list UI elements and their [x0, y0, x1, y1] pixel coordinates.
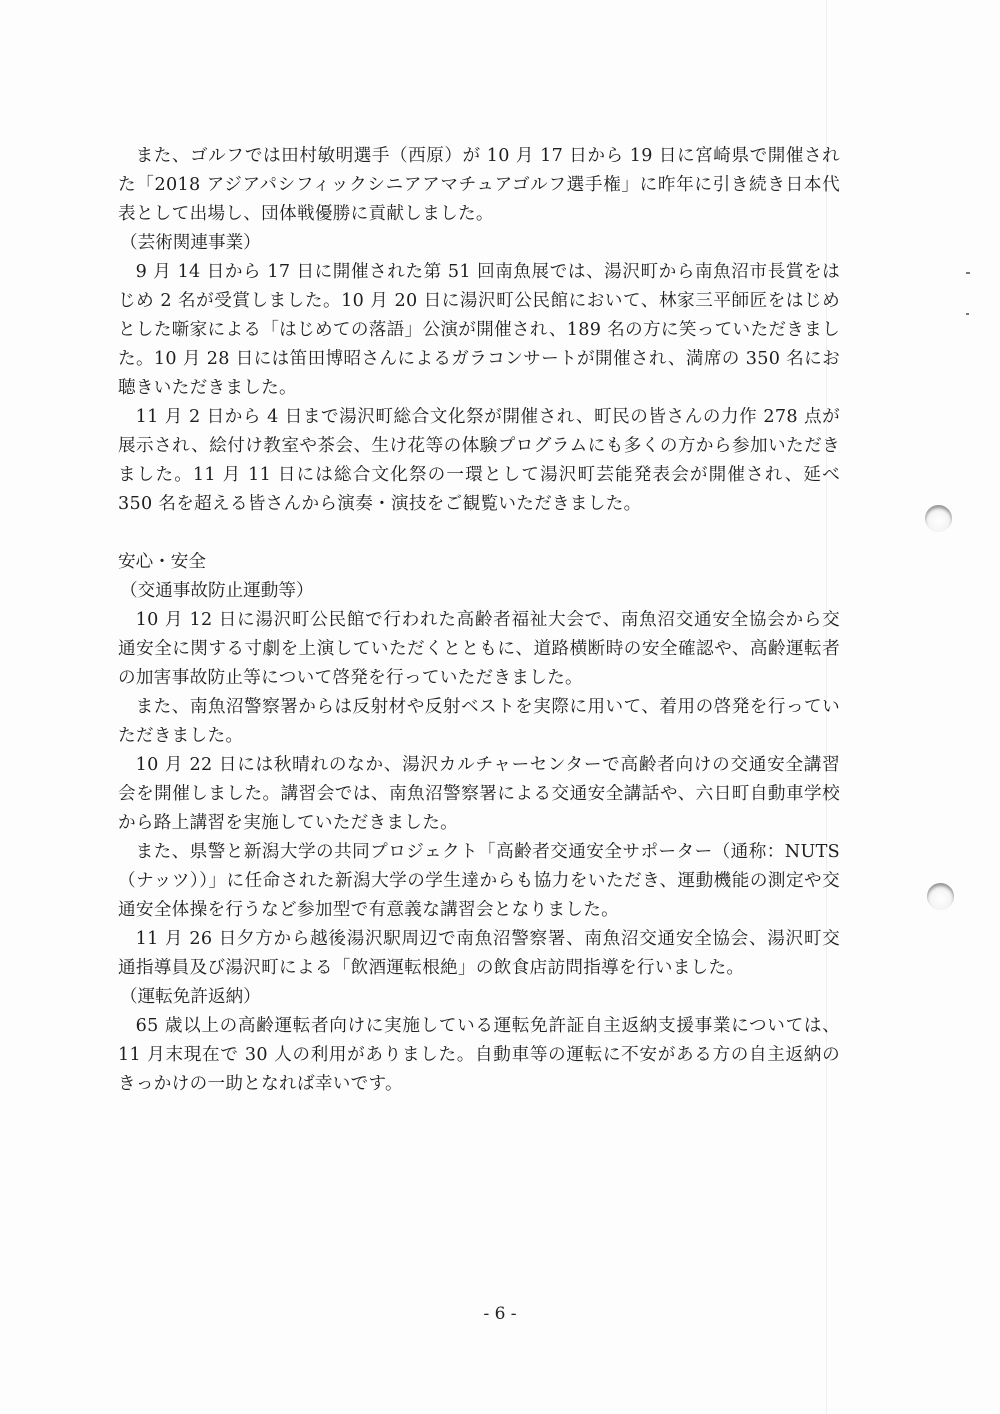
traffic-safety-subheading: （交通事故防止運動等） — [118, 577, 840, 606]
license-return-paragraph: 65 歳以上の高齢運転者向けに実施している運転免許証自主返納支援事業については、… — [118, 1012, 840, 1099]
elderly-welfare-paragraph: 10 月 12 日に湯沢町公民館で行われた高齢者福祉大会で、南魚沼交通安全協会か… — [118, 606, 840, 693]
nangyo-exhibition-paragraph: 9 月 14 日から 17 日に開催された第 51 回南魚展では、湯沢町から南魚… — [118, 258, 840, 403]
arts-subheading: （芸術関連事業） — [118, 229, 840, 258]
golf-paragraph: また、ゴルフでは田村敏明選手（西原）が 10 月 17 日から 19 日に宮崎県… — [118, 142, 840, 229]
document-body: また、ゴルフでは田村敏明選手（西原）が 10 月 17 日から 19 日に宮崎県… — [118, 142, 840, 1099]
safety-seminar-paragraph: 10 月 22 日には秋晴れのなか、湯沢カルチャーセンターで高齢者向けの交通安全… — [118, 751, 840, 838]
section-gap — [118, 519, 840, 548]
punch-hole-top — [925, 505, 952, 532]
document-page: また、ゴルフでは田村敏明選手（西原）が 10 月 17 日から 19 日に宮崎県… — [0, 0, 1000, 1414]
police-reflector-paragraph: また、南魚沼警察署からは反射材や反射ベストを実際に用いて、着用の啓発を行っていた… — [118, 693, 840, 751]
punch-hole-bottom — [927, 883, 954, 910]
page-number: - 6 - — [0, 1304, 1000, 1324]
license-return-subheading: （運転免許返納） — [118, 983, 840, 1012]
culture-festival-paragraph: 11 月 2 日から 4 日まで湯沢町総合文化祭が開催され、町民の皆さんの力作 … — [118, 403, 840, 519]
edge-mark — [966, 313, 969, 315]
edge-mark — [966, 272, 970, 274]
drunk-driving-paragraph: 11 月 26 日夕方から越後湯沢駅周辺で南魚沼警察署、南魚沼交通安全協会、湯沢… — [118, 925, 840, 983]
nuts-project-paragraph: また、県警と新潟大学の共同プロジェクト「高齢者交通安全サポーター（通称：NUTS… — [118, 838, 840, 925]
safety-section-title: 安心・安全 — [118, 548, 840, 577]
